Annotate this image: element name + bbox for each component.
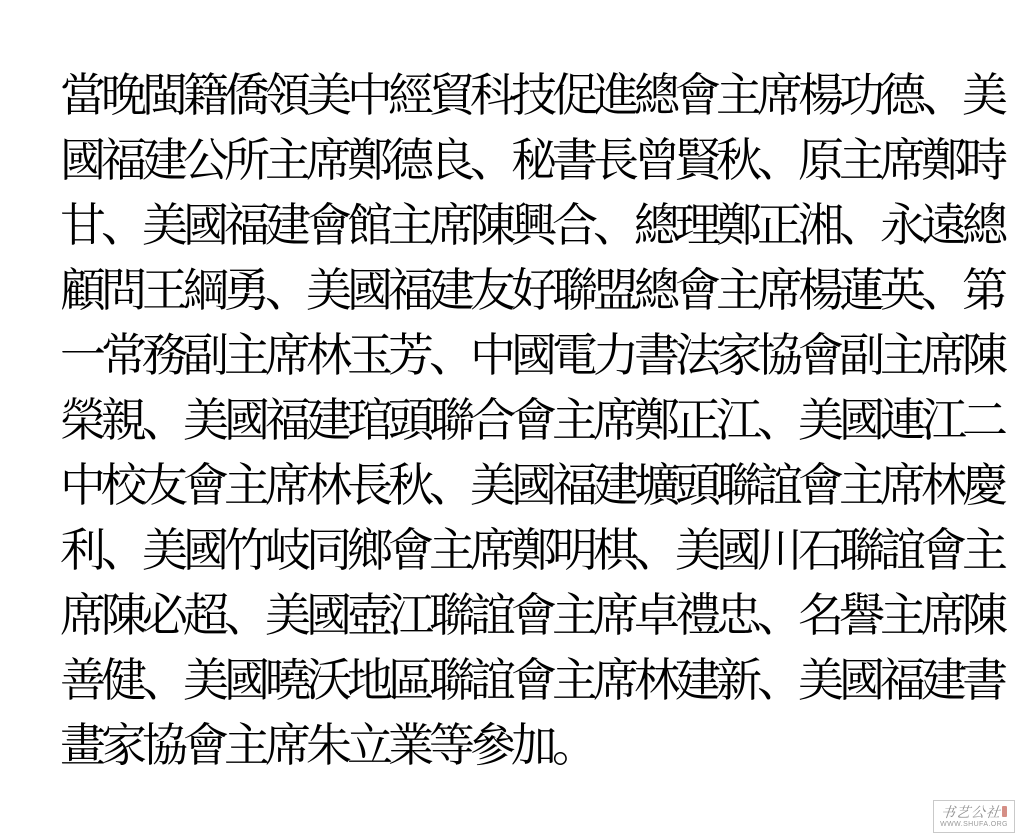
article-paragraph: 當晚閩籍僑領美中經貿科技促進總會主席楊功德、美 國福建公所主席鄭德良、秘書長曾賢… [60,63,1018,778]
text-line: 中校友會主席林長秋、美國福建壙頭聯誼會主席林慶 [60,453,1018,518]
watermark-url: WWW.SHUFA.ORG [936,820,1012,829]
text-line: 善健、美國曉沃地區聯誼會主席林建新、美國福建書 [60,648,1018,713]
text-line: 甘、美國福建會館主席陳興合、總理鄭正湘、永遠總 [60,193,1018,258]
text-line: 利、美國竹岐同鄉會主席鄭明棋、美國川石聯誼會主 [60,518,1018,583]
text-line: 當晚閩籍僑領美中經貿科技促進總會主席楊功德、美 [60,63,1018,128]
text-line: 席陳必超、美國壺江聯誼會主席卓禮忠、名譽主席陳 [60,583,1018,648]
watermark-brand-row: 书艺公社 [936,803,1012,820]
text-line: 國福建公所主席鄭德良、秘書長曾賢秋、原主席鄭時 [60,128,1018,193]
text-line: 榮親、美國福建琯頭聯合會主席鄭正江、美國連江二 [60,388,1018,453]
watermark-brand-text: 书艺公社 [940,804,1002,820]
shufa-watermark: 书艺公社 WWW.SHUFA.ORG [933,800,1015,833]
text-line: 一常務副主席林玉芳、中國電力書法家協會副主席陳 [60,323,1018,388]
text-line: 顧問王綱勇、美國福建友好聯盟總會主席楊蓮英、第 [60,258,1018,323]
text-line: 畫家協會主席朱立業等參加。 [60,713,1018,778]
document-page: 當晚閩籍僑領美中經貿科技促進總會主席楊功德、美 國福建公所主席鄭德良、秘書長曾賢… [0,0,1018,838]
seal-icon [1002,806,1007,817]
